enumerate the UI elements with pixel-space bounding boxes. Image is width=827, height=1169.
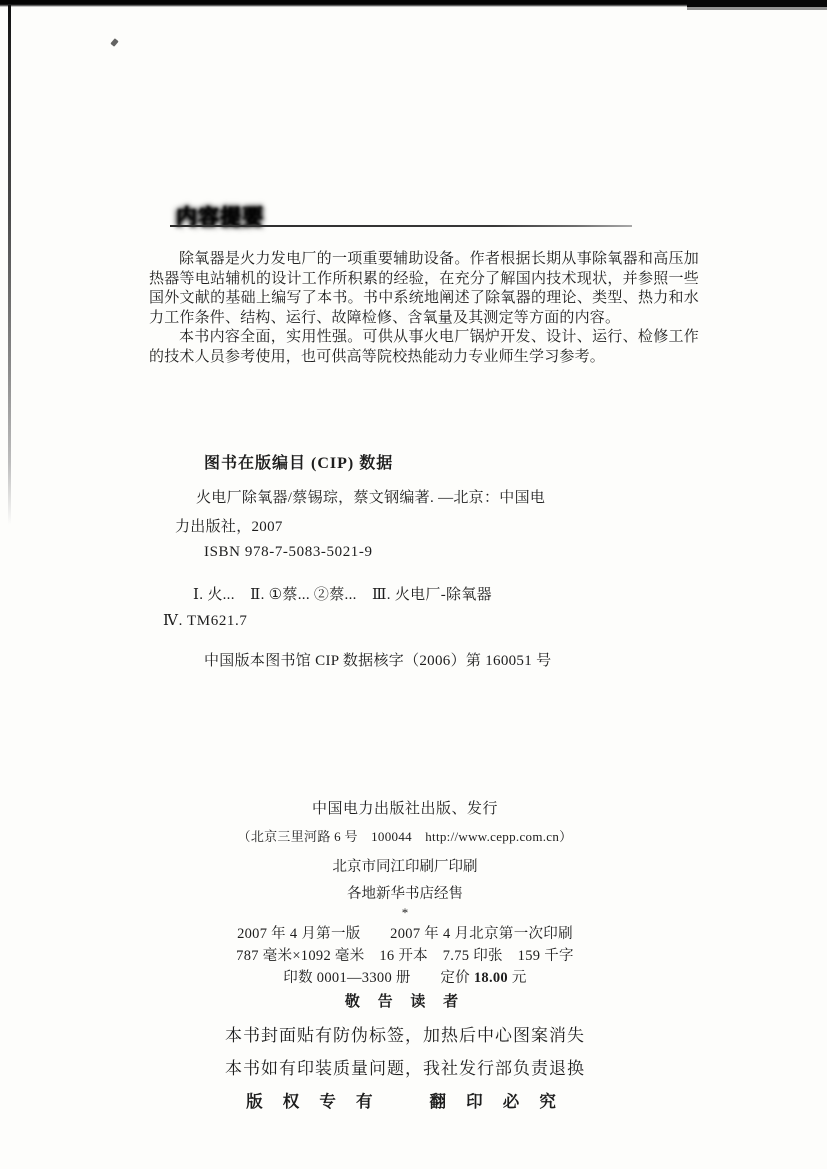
separator-asterisk: * [55,906,755,920]
cip-title-line-2: 力出版社，2007 [175,515,283,536]
cip-isbn: ISBN 978-7-5083-5021-9 [204,544,373,561]
printer-line: 北京市同江印刷厂印刷 [55,855,755,876]
cip-heading: 图书在版编目 (CIP) 数据 [204,450,393,473]
price-value: 18.00 [474,970,508,986]
notice-heading: 敬 告 读 者 [55,990,755,1011]
scan-edge-top-right [687,0,827,10]
summary-paragraph-2: 本书内容全面，实用性强。可供从事火电厂锅炉开发、设计、运行、检修工作的技术人员参… [149,328,699,367]
edition-line: 2007 年 4 月第一版 2007 年 4 月北京第一次印刷 [55,923,755,945]
cip-title-line-1: 火电厂除氧器/蔡锡琮，蔡文钢编著. —北京：中国电 [196,486,545,507]
reader-notice-block: 敬 告 读 者 本书封面贴有防伪标签，加热后中心图案消失 本书如有印装质量问题，… [55,990,755,1112]
format-line: 787 毫米×1092 毫米 16 开本 7.75 印张 159 千字 [55,945,755,967]
cip-record-number: 中国版本图书馆 CIP 数据核字（2006）第 160051 号 [204,649,551,670]
distributor-line: 各地新华书店经售 [55,882,755,903]
summary-block: 除氧器是火力发电厂的一项重要辅助设备。作者根据长期从事除氧器和高压加热器等电站辅… [149,250,699,368]
notice-quality-line: 本书如有印装质量问题，我社发行部负责退换 [55,1054,755,1079]
cip-classification-line-1: Ⅰ. 火... Ⅱ. ①蔡... ②蔡... Ⅲ. 火电厂-除氧器 [193,583,492,604]
print-run-line: 印数 0001—3300 册 定价 18.00 元 [55,967,755,989]
book-copyright-page: 内容提要 除氧器是火力发电厂的一项重要辅助设备。作者根据长期从事除氧器和高压加热… [0,0,827,1169]
scan-edge-left [8,5,11,525]
scan-speck [110,38,118,47]
copyright-warning-line: 版 权 专 有 翻 印 必 究 [55,1088,755,1112]
publisher-line: 中国电力出版社出版、发行 [55,797,755,818]
cip-classification-line-2: Ⅳ. TM621.7 [163,611,247,630]
header-rule [170,225,632,227]
price-suffix: 元 [508,970,527,986]
imprint-block: 中国电力出版社出版、发行 （北京三里河路 6 号 100044 http://w… [55,797,755,989]
notice-anticounterfeit-line: 本书封面贴有防伪标签，加热后中心图案消失 [55,1021,755,1046]
print-run-prefix: 印数 0001—3300 册 定价 [283,970,474,986]
publisher-address-line: （北京三里河路 6 号 100044 http://www.cepp.com.c… [55,826,755,845]
summary-paragraph-1: 除氧器是火力发电厂的一项重要辅助设备。作者根据长期从事除氧器和高压加热器等电站辅… [149,250,699,328]
